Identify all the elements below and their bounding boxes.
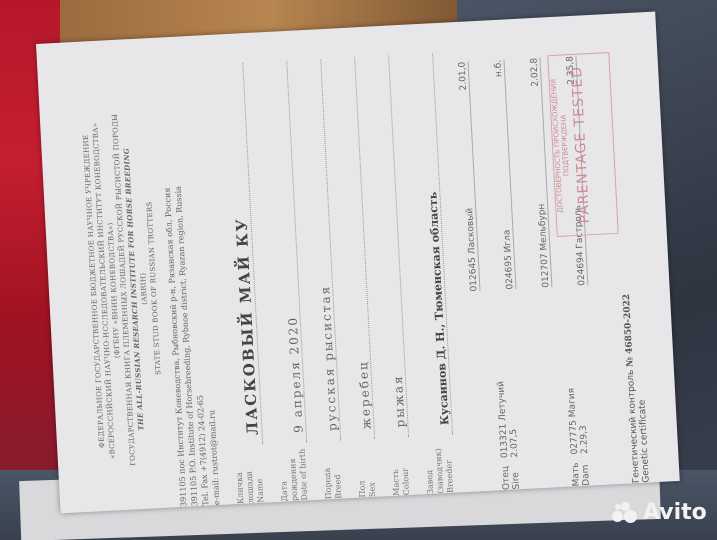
avito-watermark: Avito [612, 500, 707, 525]
dam: 027775 Магия2.29,3 [567, 387, 590, 454]
date-of-birth: 9 апреля 2020 [272, 61, 307, 443]
field-name: Кличка лошадиName ЛАСКОВЫЙ МАЙ КУ [213, 63, 266, 504]
sex: жеребец [340, 57, 375, 439]
granddam-paternal: 024695 Иглан.б. [493, 60, 516, 290]
certificate-page: ФЕДЕРАЛЬНОЕ ГОСУДАРСТВЕННОЕ БЮДЖЕТНОЕ НА… [36, 12, 680, 514]
label-en: Date of birth [297, 442, 310, 500]
dam-label: МатьDam [571, 462, 592, 487]
horse-name: ЛАСКОВЫЙ МАЙ КУ [224, 63, 263, 445]
certificate-content: ФЕДЕРАЛЬНОЕ ГОСУДАРСТВЕННОЕ БЮДЖЕТНОЕ НА… [78, 40, 700, 511]
field-breeder: Завод (заводчик)Breeder Кусаинов Д. Н., … [403, 53, 456, 494]
breeder: Кусаинов Д. Н., Тюменская область [419, 53, 453, 435]
sire: 013321 Летучий2.07,5 [496, 380, 520, 458]
field-date-of-birth: Дата рожденияDate of birth 9 апреля 2020 [257, 61, 310, 502]
grandsire-paternal: 012645 Ласковый2.01,0 [458, 61, 481, 291]
label-en: Breeder [443, 435, 456, 493]
colour: рыжая [374, 56, 409, 438]
label-en: Colour [399, 437, 412, 495]
breed: русская рысистая [306, 59, 341, 441]
avito-logo-icon [612, 502, 638, 524]
avito-brand: Avito [643, 500, 707, 525]
label-en: Breed [331, 441, 344, 499]
parentage-stamp: ДОСТОВЕРНОСТЬ ПРОИСХОЖДЕНИЯ ПОДТВЕРЖДЕНА… [547, 52, 618, 237]
sire-label: ОтецSire [501, 465, 522, 490]
issuer-header: ФЕДЕРАЛЬНОЕ ГОСУДАРСТВЕННОЕ БЮДЖЕТНОЕ НА… [78, 68, 171, 511]
label-en: Name [253, 445, 266, 503]
label-en: Sex [365, 439, 378, 497]
